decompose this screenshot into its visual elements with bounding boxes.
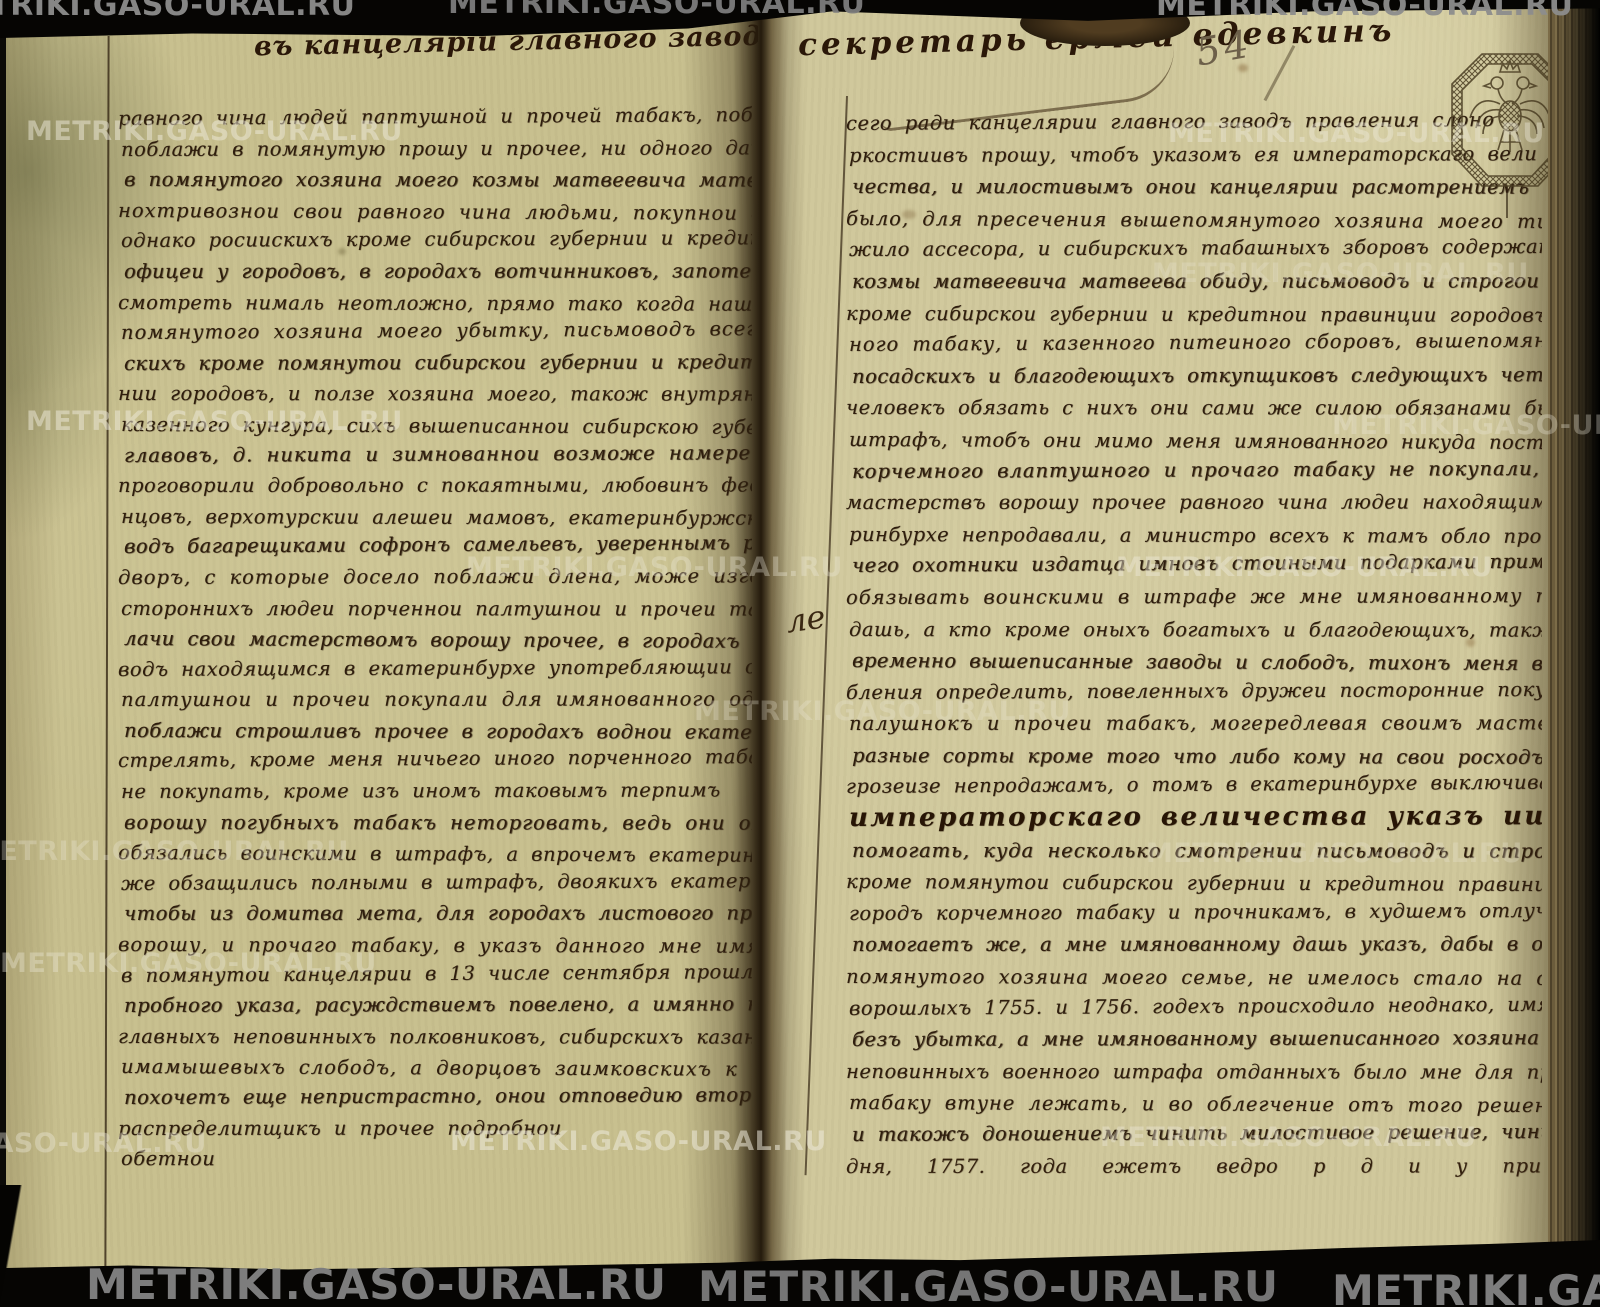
handwritten-line: палтушнои и прочеи покупали для имянован… <box>121 685 752 716</box>
handwritten-line: ворошу погубныхъ табакъ неторговать, вед… <box>124 808 752 839</box>
paper-stain <box>338 248 346 255</box>
handwritten-line: в помянутои канцелярии в 13 числе сентяб… <box>121 957 752 991</box>
handwritten-line: бления определить, повеленныхъ дружеи по… <box>846 674 1542 709</box>
handwritten-line: человекъ обязать с нихъ они сами же сило… <box>846 392 1542 424</box>
handwritten-line: дашь, а кто кроме оныхъ богатыхъ и благо… <box>849 614 1542 646</box>
handwritten-line: ворошлыхъ 1755. и 1756. годехъ происходи… <box>849 988 1542 1024</box>
handwritten-line: водъ находящимся в екатеринбурхе употреб… <box>118 652 752 685</box>
handwritten-line: посадскихъ и благодеющихъ откупщиковъ сл… <box>852 359 1542 392</box>
handwritten-line: неповинныхъ военного штрафа отданныхъ бы… <box>846 1056 1542 1088</box>
handwritten-line: скихъ кроме помянутои сибирскои губернии… <box>124 347 752 379</box>
paper-stain <box>1238 64 1248 72</box>
handwritten-line: водъ багарещиками софронъ самельевъ, уве… <box>124 528 752 562</box>
handwritten-line: обетнои <box>121 1144 752 1176</box>
handwritten-line: городъ корчемного табаку и прочникамъ, в… <box>849 895 1542 930</box>
handwritten-line: чего охотники издатца имновъ стоиными по… <box>852 546 1542 582</box>
handwritten-line: пробного указа, расуждствиемъ повелено, … <box>124 990 752 1022</box>
book-page-edges <box>1548 0 1600 1307</box>
handwritten-line: проговорили добровольно с покаятными, лю… <box>118 471 752 502</box>
handwritten-line: стороннихъ людеи порченнои палтушнои и п… <box>121 594 752 625</box>
handwritten-line: корчемного влаптушного и прочаго табаку … <box>852 453 1542 488</box>
right-page-text: сего ради канцелярии главного заводъ пра… <box>846 108 1542 1228</box>
handwritten-line: распределитщикъ и прочее подробнои <box>118 1113 752 1144</box>
handwritten-line: однако росиискихъ кроме сибирскои губерн… <box>121 224 752 257</box>
handwritten-line: помогаетъ же, а мне имянованному дашь ук… <box>852 929 1542 961</box>
handwritten-line: грозеизе непродажамъ, о томъ в екатеринб… <box>846 767 1542 803</box>
handwritten-line: дворъ, с которые досело поблажи длена, м… <box>118 561 752 593</box>
right-page: секретарь ермеи вдевкинъ 54 ле <box>758 8 1548 1270</box>
handwritten-line: чества, и милостивымъ онои канцелярии ра… <box>852 171 1542 203</box>
handwritten-line: сего ради канцелярии главного заводъ пра… <box>846 108 1542 140</box>
paper-stain <box>1466 638 1475 647</box>
handwritten-line: козмы матвеевича матвеева обиду, письмов… <box>852 265 1542 297</box>
manuscript-scan: въ канцеляріи главного заводъ правленія … <box>0 0 1600 1307</box>
handwritten-line: главовъ, д. никита и зимнованнои возможе… <box>124 438 752 471</box>
handwritten-line: безъ убытка, а мне имянованному вышеписа… <box>852 1022 1542 1055</box>
handwritten-line: главныхъ неповинныхъ полковниковъ, сибир… <box>118 1022 752 1053</box>
scan-corner-shadow <box>0 1185 30 1307</box>
handwritten-line: палушнокъ и прочеи табакъ, могередлевая … <box>849 708 1542 740</box>
handwritten-line: не покупать, кроме изъ иномъ таковымъ те… <box>121 775 752 807</box>
margin-rule-left-page <box>104 36 109 1266</box>
handwritten-line: ного табаку, и казенного питеиного сборо… <box>849 325 1542 361</box>
handwritten-line: в помянутого хозяина моего козмы матвеев… <box>124 165 752 196</box>
handwritten-line: стрелять, кроме меня ничьего иного порче… <box>118 743 752 777</box>
handwritten-line: равного чина людей паптушной и прочей та… <box>118 104 752 135</box>
handwritten-line: ркостиивъ прошу, чтобъ указомъ ея импера… <box>849 138 1542 171</box>
handwritten-line: помянутого хозяина моего убытку, письмов… <box>121 314 752 348</box>
handwritten-line: мастерствъ ворошу прочее равного чина лю… <box>846 487 1542 519</box>
handwritten-line: нии городовъ, и ползе хозяина моего, так… <box>118 379 752 410</box>
imperial-eagle-stamp <box>1448 50 1548 190</box>
handwritten-line: и такожъ доношениемъ чинить милостивое р… <box>852 1116 1542 1151</box>
handwritten-line: помогать, куда несколько смотрении письм… <box>852 835 1542 867</box>
left-page: въ канцеляріи главного заводъ правленія … <box>6 8 758 1270</box>
handwritten-line: чтобы из домитва мета, для городахъ лист… <box>124 899 752 930</box>
book-gutter <box>733 8 787 1270</box>
handwritten-line: дня, 1757. года ежетъ ведро р д и у при … <box>846 1150 1542 1182</box>
double-headed-eagle <box>1470 61 1548 152</box>
margin-note: ле <box>784 597 828 640</box>
handwritten-line: офицеи у городовъ, в городахъ вотчиннико… <box>124 256 752 287</box>
handwritten-line: похочетъ еще непристрастно, онои отповед… <box>124 1080 752 1113</box>
pen-slash-mark <box>1264 45 1295 101</box>
handwritten-line: жило ассесора, и сибирскихъ табашныхъ зб… <box>849 231 1542 266</box>
handwritten-line: поблажи в помянутую прошу и прочее, ни о… <box>121 133 752 165</box>
paper-stain <box>902 210 916 219</box>
handwritten-line: же обзащились полными в штрафъ, двоякихъ… <box>121 866 752 899</box>
handwritten-line: императорскаго величества указъ ищу надл… <box>849 801 1542 834</box>
handwritten-line: обязывать воинскими в штрафе же мне имян… <box>846 580 1542 613</box>
left-page-text: равного чина людей паптушной и прочей та… <box>118 104 752 1234</box>
